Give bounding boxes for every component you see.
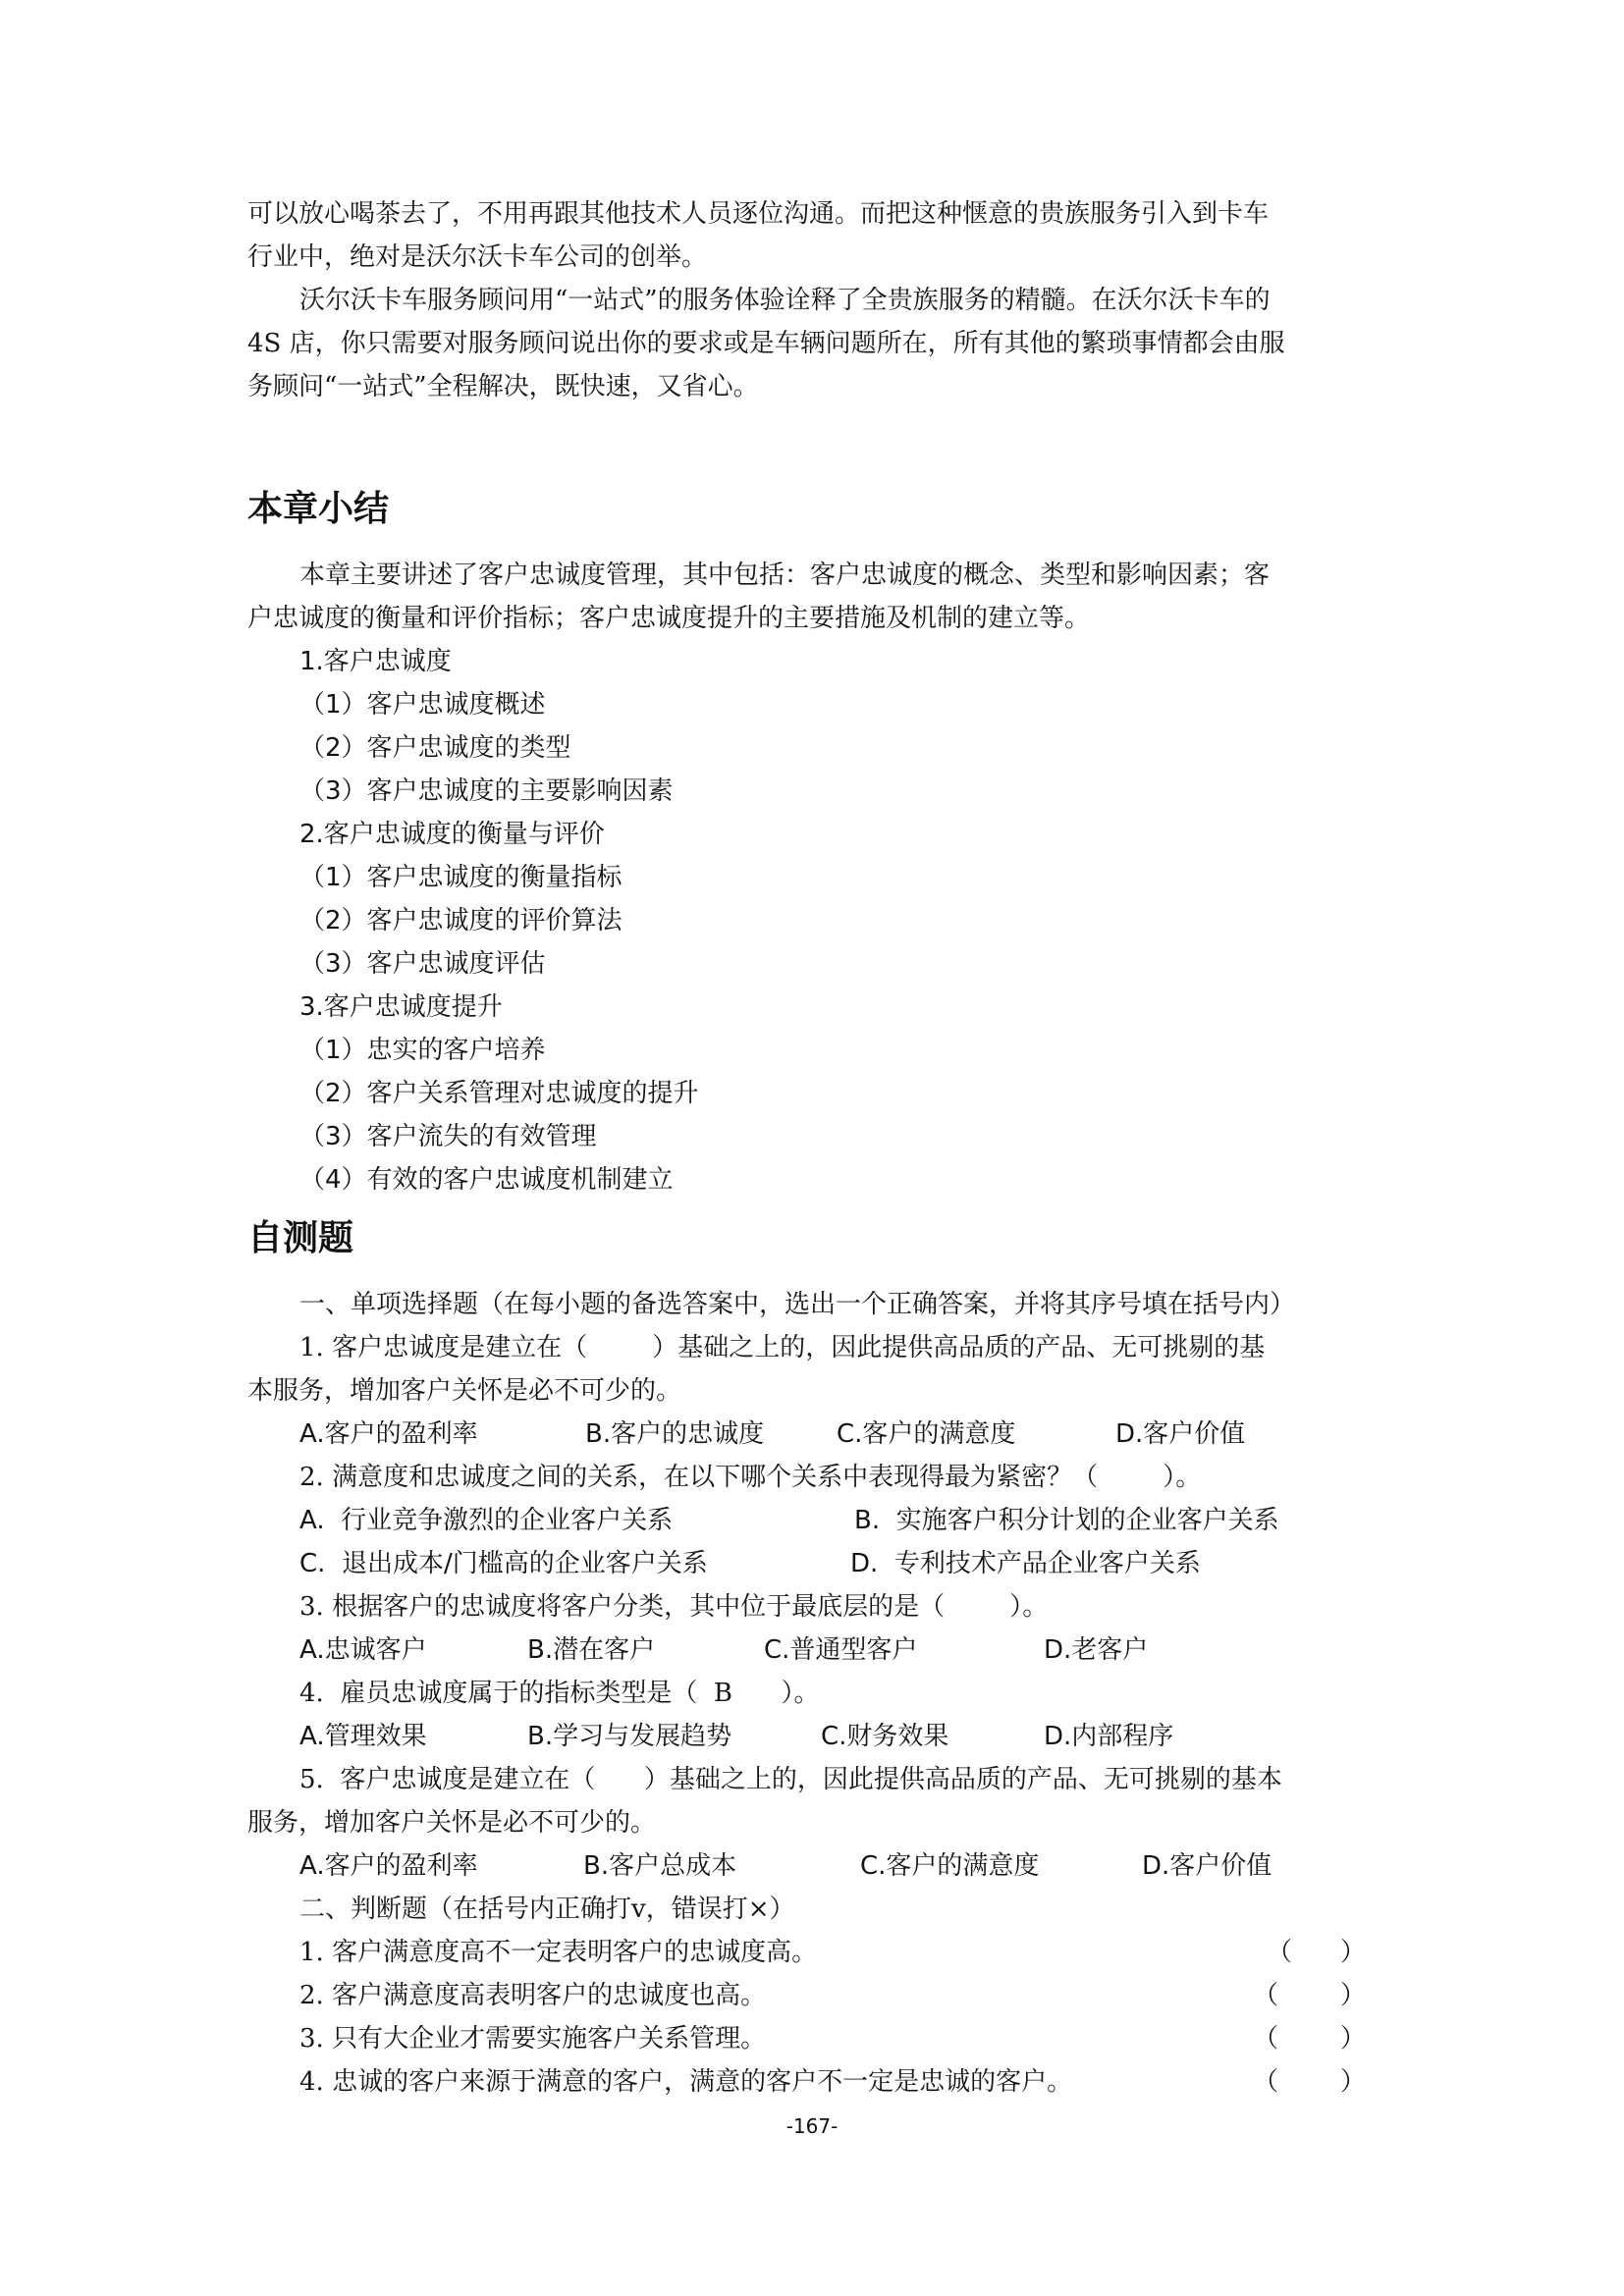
q5-option-a: A.客户的盈利率 bbox=[299, 1849, 478, 1883]
outline-section-3: 3.客户忠诚度提升 bbox=[299, 990, 503, 1024]
intro-line: 行业中，绝对是沃尔沃卡车公司的创举。 bbox=[247, 240, 707, 274]
tf-question-4: 4. 忠诚的客户来源于满意的客户，满意的客户不一定是忠诚的客户。 bbox=[299, 2065, 1072, 2099]
outline-section-2: 2.客户忠诚度的衡量与评价 bbox=[299, 818, 605, 851]
q2-option-a: A. 行业竞争激烈的企业客户关系 bbox=[299, 1504, 673, 1537]
summary-heading: 本章小结 bbox=[247, 488, 389, 531]
q4-option-d: D.内部程序 bbox=[1044, 1720, 1173, 1753]
question-4-line: 4. 雇员忠诚度属于的指标类型是（ B ）。 bbox=[299, 1677, 820, 1710]
q1-option-a: A.客户的盈利率 bbox=[299, 1417, 478, 1451]
outline-item: （3）客户流失的有效管理 bbox=[299, 1120, 597, 1153]
tf-answer-bracket-open: （ bbox=[1253, 2065, 1278, 2099]
outline-item: （1）客户忠诚度概述 bbox=[299, 688, 546, 721]
outline-item: （2）客户关系管理对忠诚度的提升 bbox=[299, 1077, 699, 1110]
q4-option-b: B.学习与发展趋势 bbox=[527, 1720, 731, 1753]
outline-item: （2）客户忠诚度的评价算法 bbox=[299, 904, 623, 937]
outline-item: （1）忠实的客户培养 bbox=[299, 1034, 546, 1067]
q2-option-c: C. 退出成本/门槛高的企业客户关系 bbox=[299, 1547, 708, 1580]
question-2-line: 2. 满意度和忠诚度之间的关系，在以下哪个关系中表现得最为紧密？（ ）。 bbox=[299, 1461, 1201, 1494]
tf-answer-bracket-close: ） bbox=[1340, 1979, 1366, 2012]
q1-option-c: C.客户的满意度 bbox=[837, 1417, 1015, 1451]
true-false-heading: 二、判断题（在括号内正确打v，错误打×） bbox=[299, 1893, 794, 1926]
document-page: 可以放心喝茶去了，不用再跟其他技术人员逐位沟通。而把这种惬意的贵族服务引入到卡车… bbox=[0, 0, 1624, 2296]
q1-option-b: B.客户的忠诚度 bbox=[585, 1417, 764, 1451]
q5-option-c: C.客户的满意度 bbox=[860, 1849, 1039, 1883]
tf-question-1: 1. 客户满意度高不一定表明客户的忠诚度高。 bbox=[299, 1936, 817, 1969]
question-1-line: 1. 客户忠诚度是建立在（ ）基础之上的，因此提供高品质的产品、无可挑剔的基 bbox=[299, 1331, 1265, 1364]
single-choice-heading: 一、单项选择题（在每小题的备选答案中，选出一个正确答案，并将其序号填在括号内） bbox=[299, 1288, 1295, 1321]
outline-item: （3）客户忠诚度评估 bbox=[299, 947, 546, 981]
q3-option-b: B.潜在客户 bbox=[527, 1633, 655, 1667]
tf-answer-bracket-close: ） bbox=[1340, 2065, 1366, 2099]
q5-option-d: D.客户价值 bbox=[1142, 1849, 1272, 1883]
page-number: -167- bbox=[0, 2114, 1624, 2138]
tf-question-3: 3. 只有大企业才需要实施客户关系管理。 bbox=[299, 2022, 766, 2056]
question-1-line: 本服务，增加客户关怀是必不可少的。 bbox=[247, 1374, 681, 1408]
question-5-line: 5. 客户忠诚度是建立在（ ）基础之上的，因此提供高品质的产品、无可挑剔的基本 bbox=[299, 1763, 1282, 1796]
outline-item: （3）客户忠诚度的主要影响因素 bbox=[299, 774, 674, 808]
intro-line: 沃尔沃卡车服务顾问用“一站式”的服务体验诠释了全贵族服务的精髓。在沃尔沃卡车的 bbox=[299, 284, 1271, 317]
tf-answer-bracket-open: （ bbox=[1253, 2022, 1278, 2056]
q3-option-c: C.普通型客户 bbox=[764, 1633, 917, 1667]
q3-option-d: D.老客户 bbox=[1044, 1633, 1148, 1667]
q2-option-b: B. 实施客户积分计划的企业客户关系 bbox=[854, 1504, 1279, 1537]
tf-answer-bracket-open: （ bbox=[1267, 1936, 1292, 1969]
question-3-line: 3. 根据客户的忠诚度将客户分类，其中位于最底层的是（ ）。 bbox=[299, 1590, 1048, 1624]
summary-intro-line: 户忠诚度的衡量和评价指标；客户忠诚度提升的主要措施及机制的建立等。 bbox=[247, 602, 1090, 635]
outline-item: （1）客户忠诚度的衡量指标 bbox=[299, 861, 623, 894]
intro-line: 务顾问“一站式”全程解决，既快速，又省心。 bbox=[247, 370, 759, 403]
q5-option-b: B.客户总成本 bbox=[583, 1849, 736, 1883]
tf-answer-bracket-close: ） bbox=[1340, 2022, 1366, 2056]
question-5-line: 服务，增加客户关怀是必不可少的。 bbox=[247, 1806, 656, 1840]
q1-option-d: D.客户价值 bbox=[1115, 1417, 1245, 1451]
selftest-heading: 自测题 bbox=[247, 1217, 353, 1260]
outline-section-1: 1.客户忠诚度 bbox=[299, 645, 452, 678]
intro-line: 4S 店，你只需要对服务顾问说出你的要求或是车辆问题所在，所有其他的繁琐事情都会… bbox=[247, 327, 1285, 360]
tf-answer-bracket-open: （ bbox=[1253, 1979, 1278, 2012]
q4-option-c: C.财务效果 bbox=[821, 1720, 948, 1753]
outline-item: （2）客户忠诚度的类型 bbox=[299, 731, 571, 765]
q4-option-a: A.管理效果 bbox=[299, 1720, 427, 1753]
tf-answer-bracket-close: ） bbox=[1340, 1936, 1366, 1969]
q2-option-d: D. 专利技术产品企业客户关系 bbox=[850, 1547, 1201, 1580]
intro-line: 可以放心喝茶去了，不用再跟其他技术人员逐位沟通。而把这种惬意的贵族服务引入到卡车 bbox=[247, 197, 1269, 231]
outline-item: （4）有效的客户忠诚度机制建立 bbox=[299, 1163, 674, 1197]
summary-intro-line: 本章主要讲述了客户忠诚度管理，其中包括：客户忠诚度的概念、类型和影响因素；客 bbox=[299, 559, 1270, 592]
tf-question-2: 2. 客户满意度高表明客户的忠诚度也高。 bbox=[299, 1979, 766, 2012]
q3-option-a: A.忠诚客户 bbox=[299, 1633, 427, 1667]
